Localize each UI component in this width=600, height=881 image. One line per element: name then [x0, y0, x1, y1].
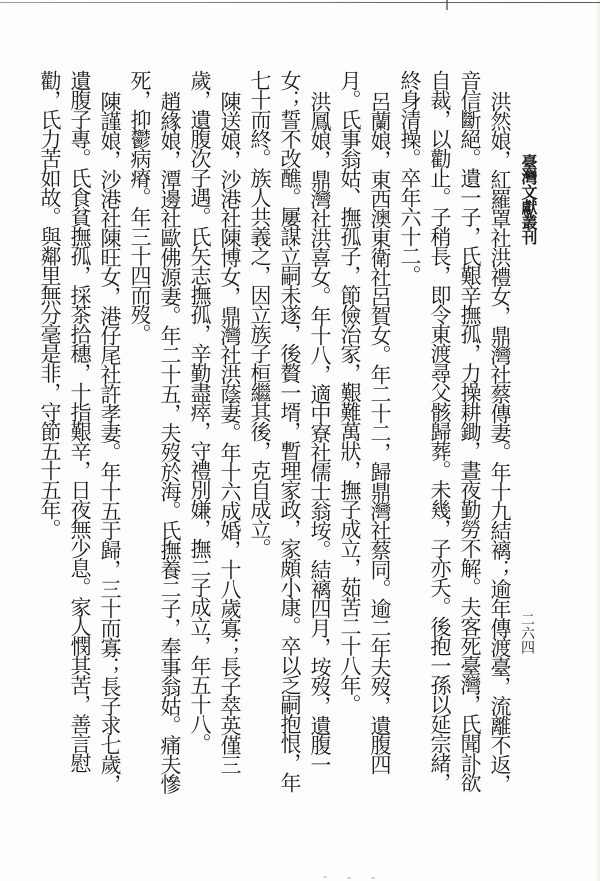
scanned-book-page: 臺灣文獻叢刊 二六四 洪然娘，紅羅罩社洪禮女，鼎灣社蔡傳妻。年十九結褵；逾年傳渡…	[0, 0, 600, 881]
biography-paragraph-chen-song-niang: 陳送娘，沙港社陳博女，鼎灣社洪蔭妻。年十六成婚，十八歲寡；長子萃英僅三歲，遺腹次…	[185, 70, 245, 800]
body-text-vertical: 洪然娘，紅羅罩社洪禮女，鼎灣社蔡傳妻。年十九結褵；逾年傳渡臺，流離不返，音信斷絕…	[31, 70, 515, 800]
scan-artifact-tick	[446, 0, 448, 10]
biography-paragraph-lu-lan-niang: 呂蘭娘，東西澳東衛社呂賀女。年二十二，歸鼎灣社蔡同。逾二年夫歿，遺腹四月。氏事翁…	[335, 70, 395, 800]
biography-paragraph-hong-feng-niang: 洪鳳娘，鼎灣社洪喜女。年十八，適中寮社儒士翁垵。結褵四月，垵歿，遺腹一女；誓不改…	[245, 70, 335, 800]
page-number: 二六四	[516, 612, 536, 672]
biography-paragraph-chen-jin-niang: 陳謹娘，沙港社陳旺女，港仔尾社許孝妻。年十五于歸，三十而寡；長子求七歲，遺腹子專…	[35, 70, 125, 800]
biography-paragraph-zhao-yuan-niang: 趙緣娘，潭邊社歐佛源妻。年二十五，夫歿於海。氏撫養二子，奉事翁姑。痛夫慘死，抑鬱…	[125, 70, 185, 800]
scan-edge-line	[0, 2, 600, 3]
biography-paragraph-hong-ran-niang: 洪然娘，紅羅罩社洪禮女，鼎灣社蔡傳妻。年十九結褵；逾年傳渡臺，流離不返，音信斷絕…	[395, 70, 515, 800]
scan-smudge	[371, 877, 375, 879]
scan-smudge	[347, 877, 351, 879]
scan-smudge	[323, 876, 327, 878]
scan-edge-shade	[596, 0, 600, 881]
book-series-title: 臺灣文獻叢刊	[516, 154, 539, 264]
